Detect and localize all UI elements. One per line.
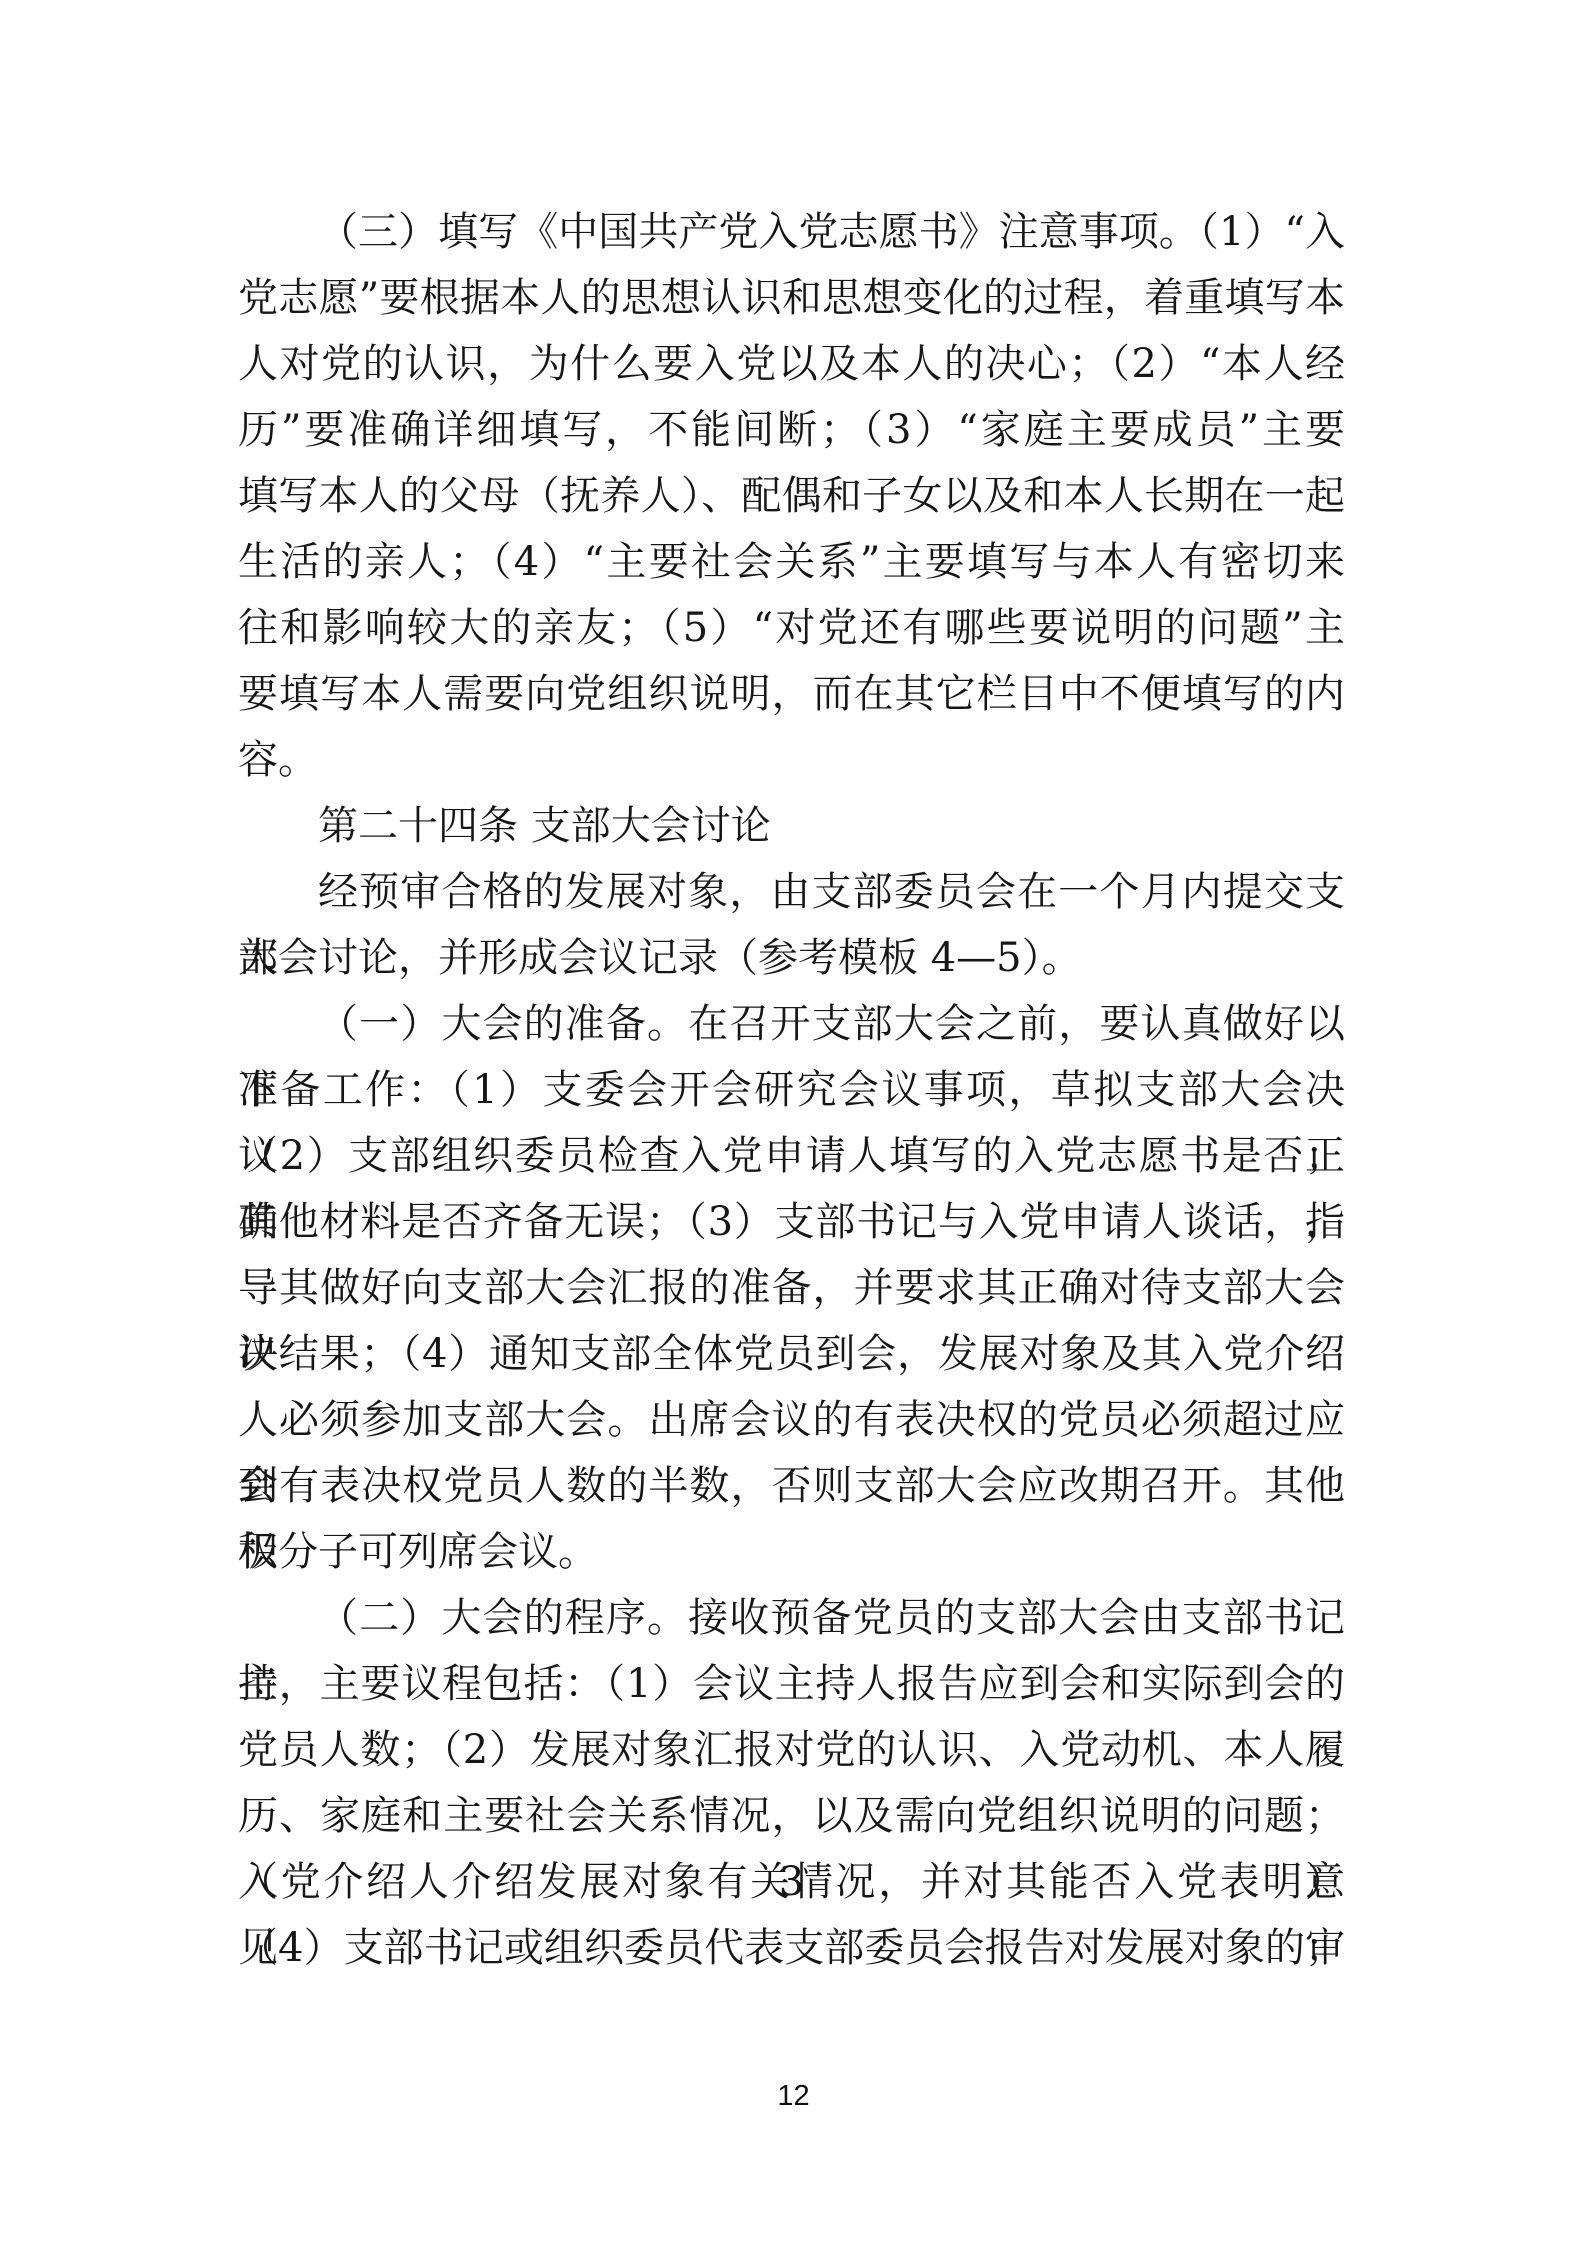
text-line: 填写本人的父母（抚养人）、配偶和子女以及和本人长期在一起 — [238, 463, 1345, 529]
text-line: 人对党的认识，为什么要入党以及本人的决心；（2）“本人经 — [238, 331, 1345, 397]
text-line: （三）填写《中国共产党入党志愿书》注意事项。（1）“入 — [238, 199, 1345, 265]
text-line: 历”要准确详细填写，不能间断；（3）“家庭主要成员”主要 — [238, 397, 1345, 463]
text-line: 议结果；（4）通知支部全体党员到会，发展对象及其入党介绍 — [238, 1321, 1345, 1387]
text-line: 准备工作：（1）支委会开会研究会议事项，草拟支部大会决议； — [238, 1057, 1345, 1123]
text-line: （一）大会的准备。在召开支部大会之前，要认真做好以下 — [238, 991, 1345, 1057]
section-heading: 第二十四条 支部大会讨论 — [238, 793, 1345, 859]
document-page: （三）填写《中国共产党入党志愿书》注意事项。（1）“入 党志愿”要根据本人的思想… — [0, 0, 1587, 2245]
text-line: 往和影响较大的亲友；（5）“对党还有哪些要说明的问题”主 — [238, 595, 1345, 661]
text-line: 其他材料是否齐备无误；（3）支部书记与入党申请人谈话，指 — [238, 1189, 1345, 1255]
text-line: 持，主要议程包括：（1）会议主持人报告应到会和实际到会的 — [238, 1651, 1345, 1717]
text-line: 党员人数；（2）发展对象汇报对党的认识、入党动机、本人履 — [238, 1717, 1345, 1783]
text-line: 入党介绍人介绍发展对象有关情况，并对其能否入党表明意见； — [238, 1849, 1345, 1915]
text-line: 历、家庭和主要社会关系情况，以及需向党组织说明的问题；（3） — [238, 1783, 1345, 1849]
text-line: （4）支部书记或组织委员代表支部委员会报告对发展对象的审 — [238, 1915, 1345, 1981]
text-line: （2）支部组织委员检查入党申请人填写的入党志愿书是否正确， — [238, 1123, 1345, 1189]
text-line: 容。 — [238, 727, 1345, 793]
text-line: （二）大会的程序。接收预备党员的支部大会由支部书记主 — [238, 1585, 1345, 1651]
text-line: 大会讨论，并形成会议记录（参考模板 4—5）。 — [238, 925, 1345, 991]
text-line: 导其做好向支部大会汇报的准备，并要求其正确对待支部大会决 — [238, 1255, 1345, 1321]
text-line: 生活的亲人；（4）“主要社会关系”主要填写与本人有密切来 — [238, 529, 1345, 595]
text-line: 经预审合格的发展对象，由支部委员会在一个月内提交支部 — [238, 859, 1345, 925]
text-line: 极分子可列席会议。 — [238, 1519, 1345, 1585]
page-number: 12 — [0, 2080, 1587, 2112]
text-line: 人必须参加支部大会。出席会议的有表决权的党员必须超过应到 — [238, 1387, 1345, 1453]
document-text-block: （三）填写《中国共产党入党志愿书》注意事项。（1）“入 党志愿”要根据本人的思想… — [238, 199, 1345, 1981]
text-line: 党志愿”要根据本人的思想认识和思想变化的过程，着重填写本 — [238, 265, 1345, 331]
text-line: 会有表决权党员人数的半数，否则支部大会应改期召开。其他积 — [238, 1453, 1345, 1519]
text-line: 要填写本人需要向党组织说明，而在其它栏目中不便填写的内 — [238, 661, 1345, 727]
